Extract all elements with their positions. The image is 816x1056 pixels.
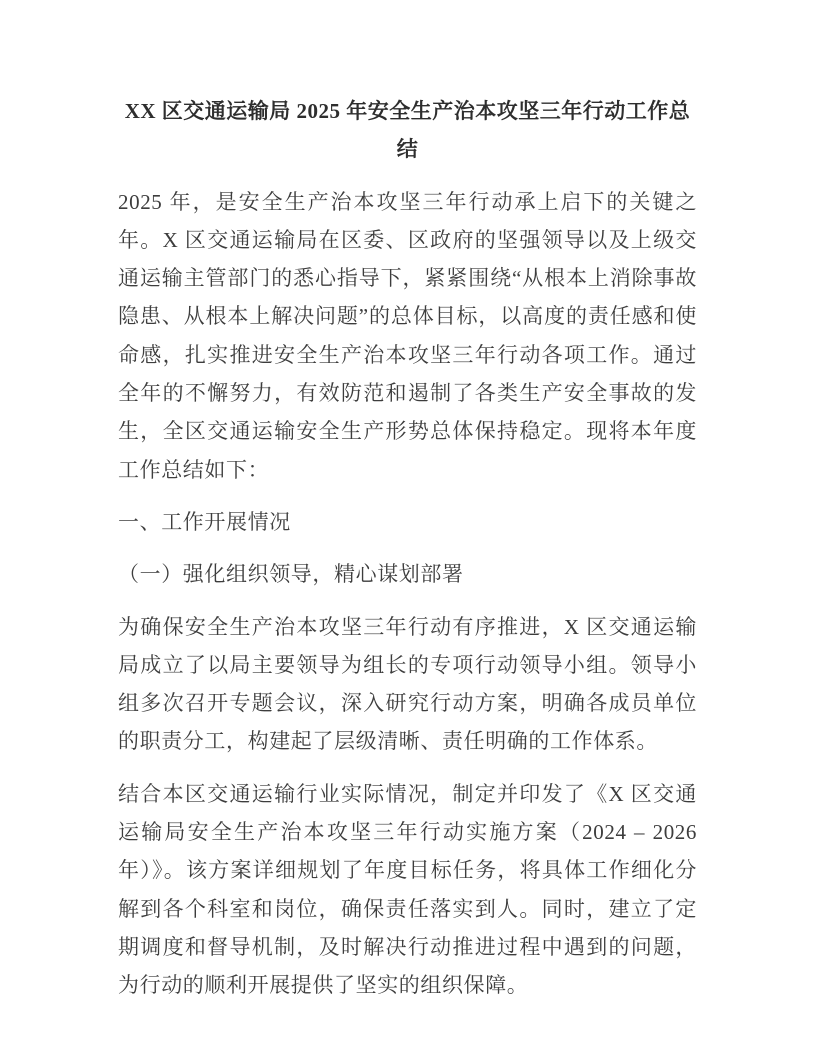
- plan-paragraph: 结合本区交通运输行业实际情况，制定并印发了《X 区交通运输局安全生产治本攻坚三年…: [118, 775, 697, 1005]
- subsection-heading-organization: （一）强化组织领导，精心谋划部署: [118, 555, 697, 593]
- intro-paragraph: 2025 年，是安全生产治本攻坚三年行动承上启下的关键之年。X 区交通运输局在区…: [118, 183, 697, 489]
- leadership-paragraph: 为确保安全生产治本攻坚三年行动有序推进，X 区交通运输局成立了以局主要领导为组长…: [118, 608, 697, 761]
- document-content: XX 区交通运输局 2025 年安全生产治本攻坚三年行动工作总结 2025 年，…: [118, 92, 697, 1019]
- document-title: XX 区交通运输局 2025 年安全生产治本攻坚三年行动工作总结: [118, 92, 697, 169]
- document-page: XX 区交通运输局 2025 年安全生产治本攻坚三年行动工作总结 2025 年，…: [0, 0, 816, 1056]
- section-heading-work-progress: 一、工作开展情况: [118, 503, 697, 541]
